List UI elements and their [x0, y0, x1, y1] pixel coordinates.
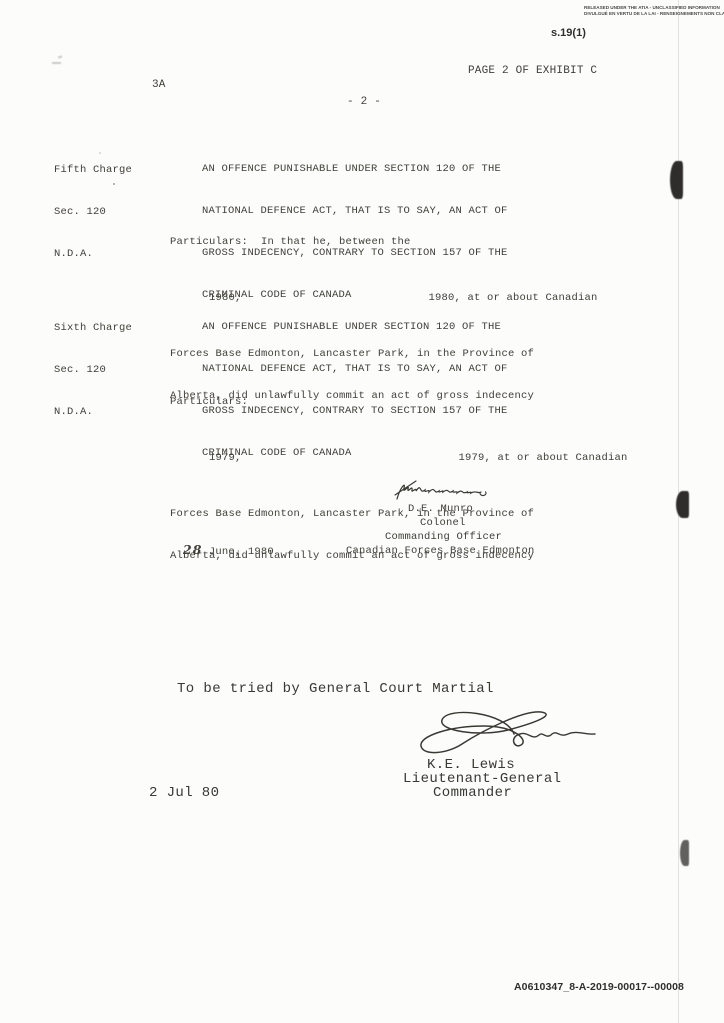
sixth-particulars-line2: 1979,1979, at or about Canadian: [170, 437, 628, 479]
sixth-charge-statement-line1: AN OFFENCE PUNISHABLE UNDER SECTION 120 …: [202, 320, 508, 334]
release-stamp-line2: DIVULGUÉ EN VERTU DE LA LAI - RENSEIGNEM…: [584, 11, 724, 17]
sixth-particulars-line3: Forces Base Edmonton, Lancaster Park, in…: [170, 507, 628, 521]
doc-id-stamp: A0610347_8-A-2019-00017--00008: [514, 981, 684, 993]
trial-officer-title: Commander: [433, 786, 512, 801]
signing-date-day: 28: [183, 542, 202, 557]
signing-date-rest: June, 1980: [202, 546, 274, 558]
fifth-charge-label-line1: Fifth Charge: [54, 163, 132, 177]
sixth-particulars-year-left: 1979,: [209, 452, 242, 464]
page-number: - 2 -: [347, 95, 381, 109]
signing-date: 28 June, 1980: [183, 543, 274, 559]
pencil-smudge-1: [52, 62, 61, 64]
stray-dot-1: [113, 183, 115, 185]
release-stamp: RELEASED UNDER THE ATIA - UNCLASSIFIED I…: [584, 5, 724, 18]
signing-officer-name: D.E. Munro: [408, 502, 473, 516]
stray-dot-2: [99, 152, 101, 154]
trial-date: 2 Jul 80: [149, 786, 219, 801]
signing-officer-title: Commanding Officer: [385, 530, 502, 544]
document-page: RELEASED UNDER THE ATIA - UNCLASSIFIED I…: [0, 0, 724, 1023]
fifth-charge-label: Fifth Charge Sec. 120 N.D.A.: [54, 135, 132, 289]
signing-officer-unit: Canadian Forces Base Edmonton: [346, 544, 535, 558]
trial-order: To be tried by General Court Martial: [177, 682, 494, 697]
fifth-charge-label-line2: Sec. 120: [54, 205, 132, 219]
sixth-charge-label: Sixth Charge Sec. 120 N.D.A.: [54, 293, 132, 447]
munro-signature: [394, 478, 490, 504]
scan-mark-middle: [676, 491, 689, 518]
sixth-particulars-line1: Particulars:: [170, 395, 628, 409]
exhibit-mark: 3A: [152, 78, 166, 92]
page-header: PAGE 2 OF EXHIBIT C: [468, 64, 597, 78]
fifth-charge-label-line3: N.D.A.: [54, 247, 132, 261]
lewis-signature: [402, 704, 597, 762]
scan-mark-top: [670, 161, 683, 199]
section-exemption-ref: s.19(1): [551, 27, 586, 39]
fifth-charge-statement-line1: AN OFFENCE PUNISHABLE UNDER SECTION 120 …: [202, 162, 508, 176]
sixth-charge-label-line3: N.D.A.: [54, 405, 132, 419]
sixth-charge-label-line2: Sec. 120: [54, 363, 132, 377]
scan-mark-bottom: [680, 840, 689, 866]
fifth-particulars-line1: Particulars: In that he, between the: [170, 235, 598, 249]
sixth-particulars-year-right: 1979, at or about Canadian: [459, 452, 628, 464]
signing-officer-rank: Colonel: [420, 516, 466, 530]
sixth-charge-label-line1: Sixth Charge: [54, 321, 132, 335]
pencil-smudge-2: [58, 55, 62, 58]
